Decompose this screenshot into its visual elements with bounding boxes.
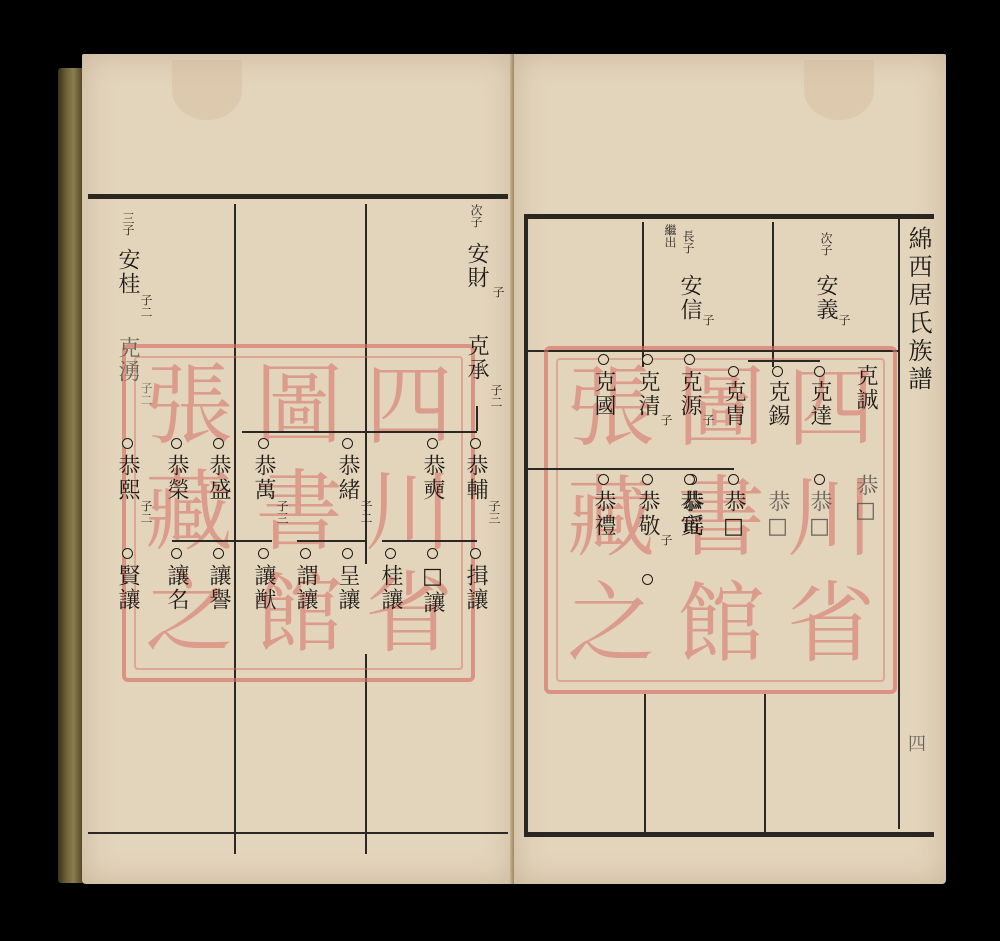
person-name: 克源 [678, 370, 700, 418]
tree-node [258, 548, 269, 559]
bottom-border-rule [88, 832, 508, 834]
tree-node [171, 548, 182, 559]
tree-link [476, 406, 478, 431]
tree-link [172, 540, 272, 542]
sons-count-note: 子二 [140, 382, 152, 406]
person-name: 恭輔 [464, 454, 486, 502]
person-name: 克清 [636, 370, 658, 418]
person-name: 克湧 [116, 336, 138, 384]
person-name: 克達 [808, 380, 830, 428]
person-name: 恭禮 [592, 490, 614, 538]
sons-count-note: 子 [702, 414, 714, 426]
person-name: 克錫 [766, 380, 788, 428]
tree-node [427, 548, 438, 559]
person-name: 安信 [678, 274, 700, 322]
relation-label: 長子 [682, 230, 694, 254]
sons-count-note: 子三 [488, 500, 500, 524]
person-name: 恭敬 [636, 490, 658, 538]
tree-node [342, 438, 353, 449]
person-name: 克誠 [854, 364, 876, 412]
tree-link [748, 360, 820, 362]
right-page: 四 川 省 圖 書 館 張 藏 之 綿西居氏族譜 四 克誠 恭□ 次子 安義 子… [514, 54, 946, 884]
person-name: 安義 [814, 274, 836, 322]
sons-count-note: 子 [702, 314, 714, 326]
tree-node [122, 548, 133, 559]
tree-node [772, 366, 783, 377]
left-page: 四 川 省 圖 書 館 張 藏 之 次子 安財 子 克承 子二 恭輔 子三 恭奭… [82, 54, 514, 884]
sons-count-note: 子二 [490, 384, 502, 408]
relation-note: 繼出 [664, 224, 676, 248]
person-name: 恭□ [722, 490, 744, 541]
column-divider [365, 654, 367, 854]
tree-node [642, 474, 653, 485]
tree-node [814, 474, 825, 485]
person-name: □讓 [421, 564, 443, 615]
tree-node [728, 366, 739, 377]
sons-count-note: 子二 [360, 500, 372, 524]
sons-count-note: 子二 [140, 500, 152, 524]
sons-count-note: 子三 [276, 500, 288, 524]
person-name: 謂讓 [294, 564, 316, 612]
person-name: 揖讓 [464, 564, 486, 612]
person-name: 恭盛 [207, 454, 229, 502]
tree-node [642, 354, 653, 365]
tree-link [528, 468, 688, 470]
person-name: 安桂 [116, 248, 138, 296]
person-name: 讓猷 [252, 564, 274, 612]
column-divider [644, 694, 646, 834]
page-number-margin: 四 [906, 734, 924, 754]
person-name: 呈讓 [336, 564, 358, 612]
relation-label: 三子 [122, 212, 134, 236]
sons-count-note: 子 [492, 286, 504, 298]
tree-node [427, 438, 438, 449]
person-name: 賢讓 [116, 564, 138, 612]
tree-node [213, 438, 224, 449]
sons-count-note: 子 [838, 314, 850, 326]
sons-count-note: 子二 [140, 294, 152, 318]
tree-node [213, 548, 224, 559]
water-stain [172, 60, 242, 120]
water-stain [804, 60, 874, 120]
person-name: 讓譽 [207, 564, 229, 612]
person-name: 恭奭 [421, 454, 443, 502]
sons-count-note: 子 [660, 414, 672, 426]
relation-label: 次子 [470, 204, 482, 228]
person-name: 克胄 [722, 380, 744, 428]
tree-node [470, 438, 481, 449]
sons-count-note: 子 [660, 534, 672, 546]
tree-link [382, 540, 477, 542]
tree-node [598, 354, 609, 365]
tree-node [814, 366, 825, 377]
column-divider [764, 694, 766, 834]
tree-link [297, 540, 367, 542]
open-book: 四 川 省 圖 書 館 張 藏 之 次子 安財 子 克承 子二 恭輔 子三 恭奭… [58, 50, 948, 888]
tree-node [470, 548, 481, 559]
tree-node [728, 474, 739, 485]
tree-node [258, 438, 269, 449]
tree-node [342, 548, 353, 559]
tree-node [642, 574, 653, 585]
tree-link [242, 431, 477, 433]
top-border-rule [524, 214, 934, 219]
person-name: 克國 [592, 370, 614, 418]
person-name: 恭□ [854, 474, 876, 525]
person-name: 讓名 [165, 564, 187, 612]
margin-divider [898, 219, 900, 829]
tree-node [684, 474, 695, 485]
person-name: 安財 [465, 242, 487, 290]
person-name: 恭□ [808, 490, 830, 541]
person-name: 桂讓 [379, 564, 401, 612]
person-name: 恭□ [766, 490, 788, 541]
relation-label: 次子 [820, 232, 832, 256]
bottom-border-rule [524, 832, 934, 837]
tree-node [385, 548, 396, 559]
book-title-margin: 綿西居氏族譜 [906, 226, 930, 394]
tree-node [598, 474, 609, 485]
left-border-rule [524, 214, 528, 834]
person-name: 克承 [465, 334, 487, 382]
top-border-rule [88, 194, 508, 199]
tree-node [122, 438, 133, 449]
person-name: 恭寅 [678, 490, 700, 538]
tree-link [684, 468, 734, 470]
person-name: 恭熙 [116, 454, 138, 502]
tree-node [300, 548, 311, 559]
person-name: 恭萬 [252, 454, 274, 502]
person-name: 恭榮 [165, 454, 187, 502]
person-name: 恭緒 [336, 454, 358, 502]
tree-node [171, 438, 182, 449]
library-seal-stamp: 四 川 省 圖 書 館 張 藏 之 [122, 344, 475, 682]
tree-node [684, 354, 695, 365]
